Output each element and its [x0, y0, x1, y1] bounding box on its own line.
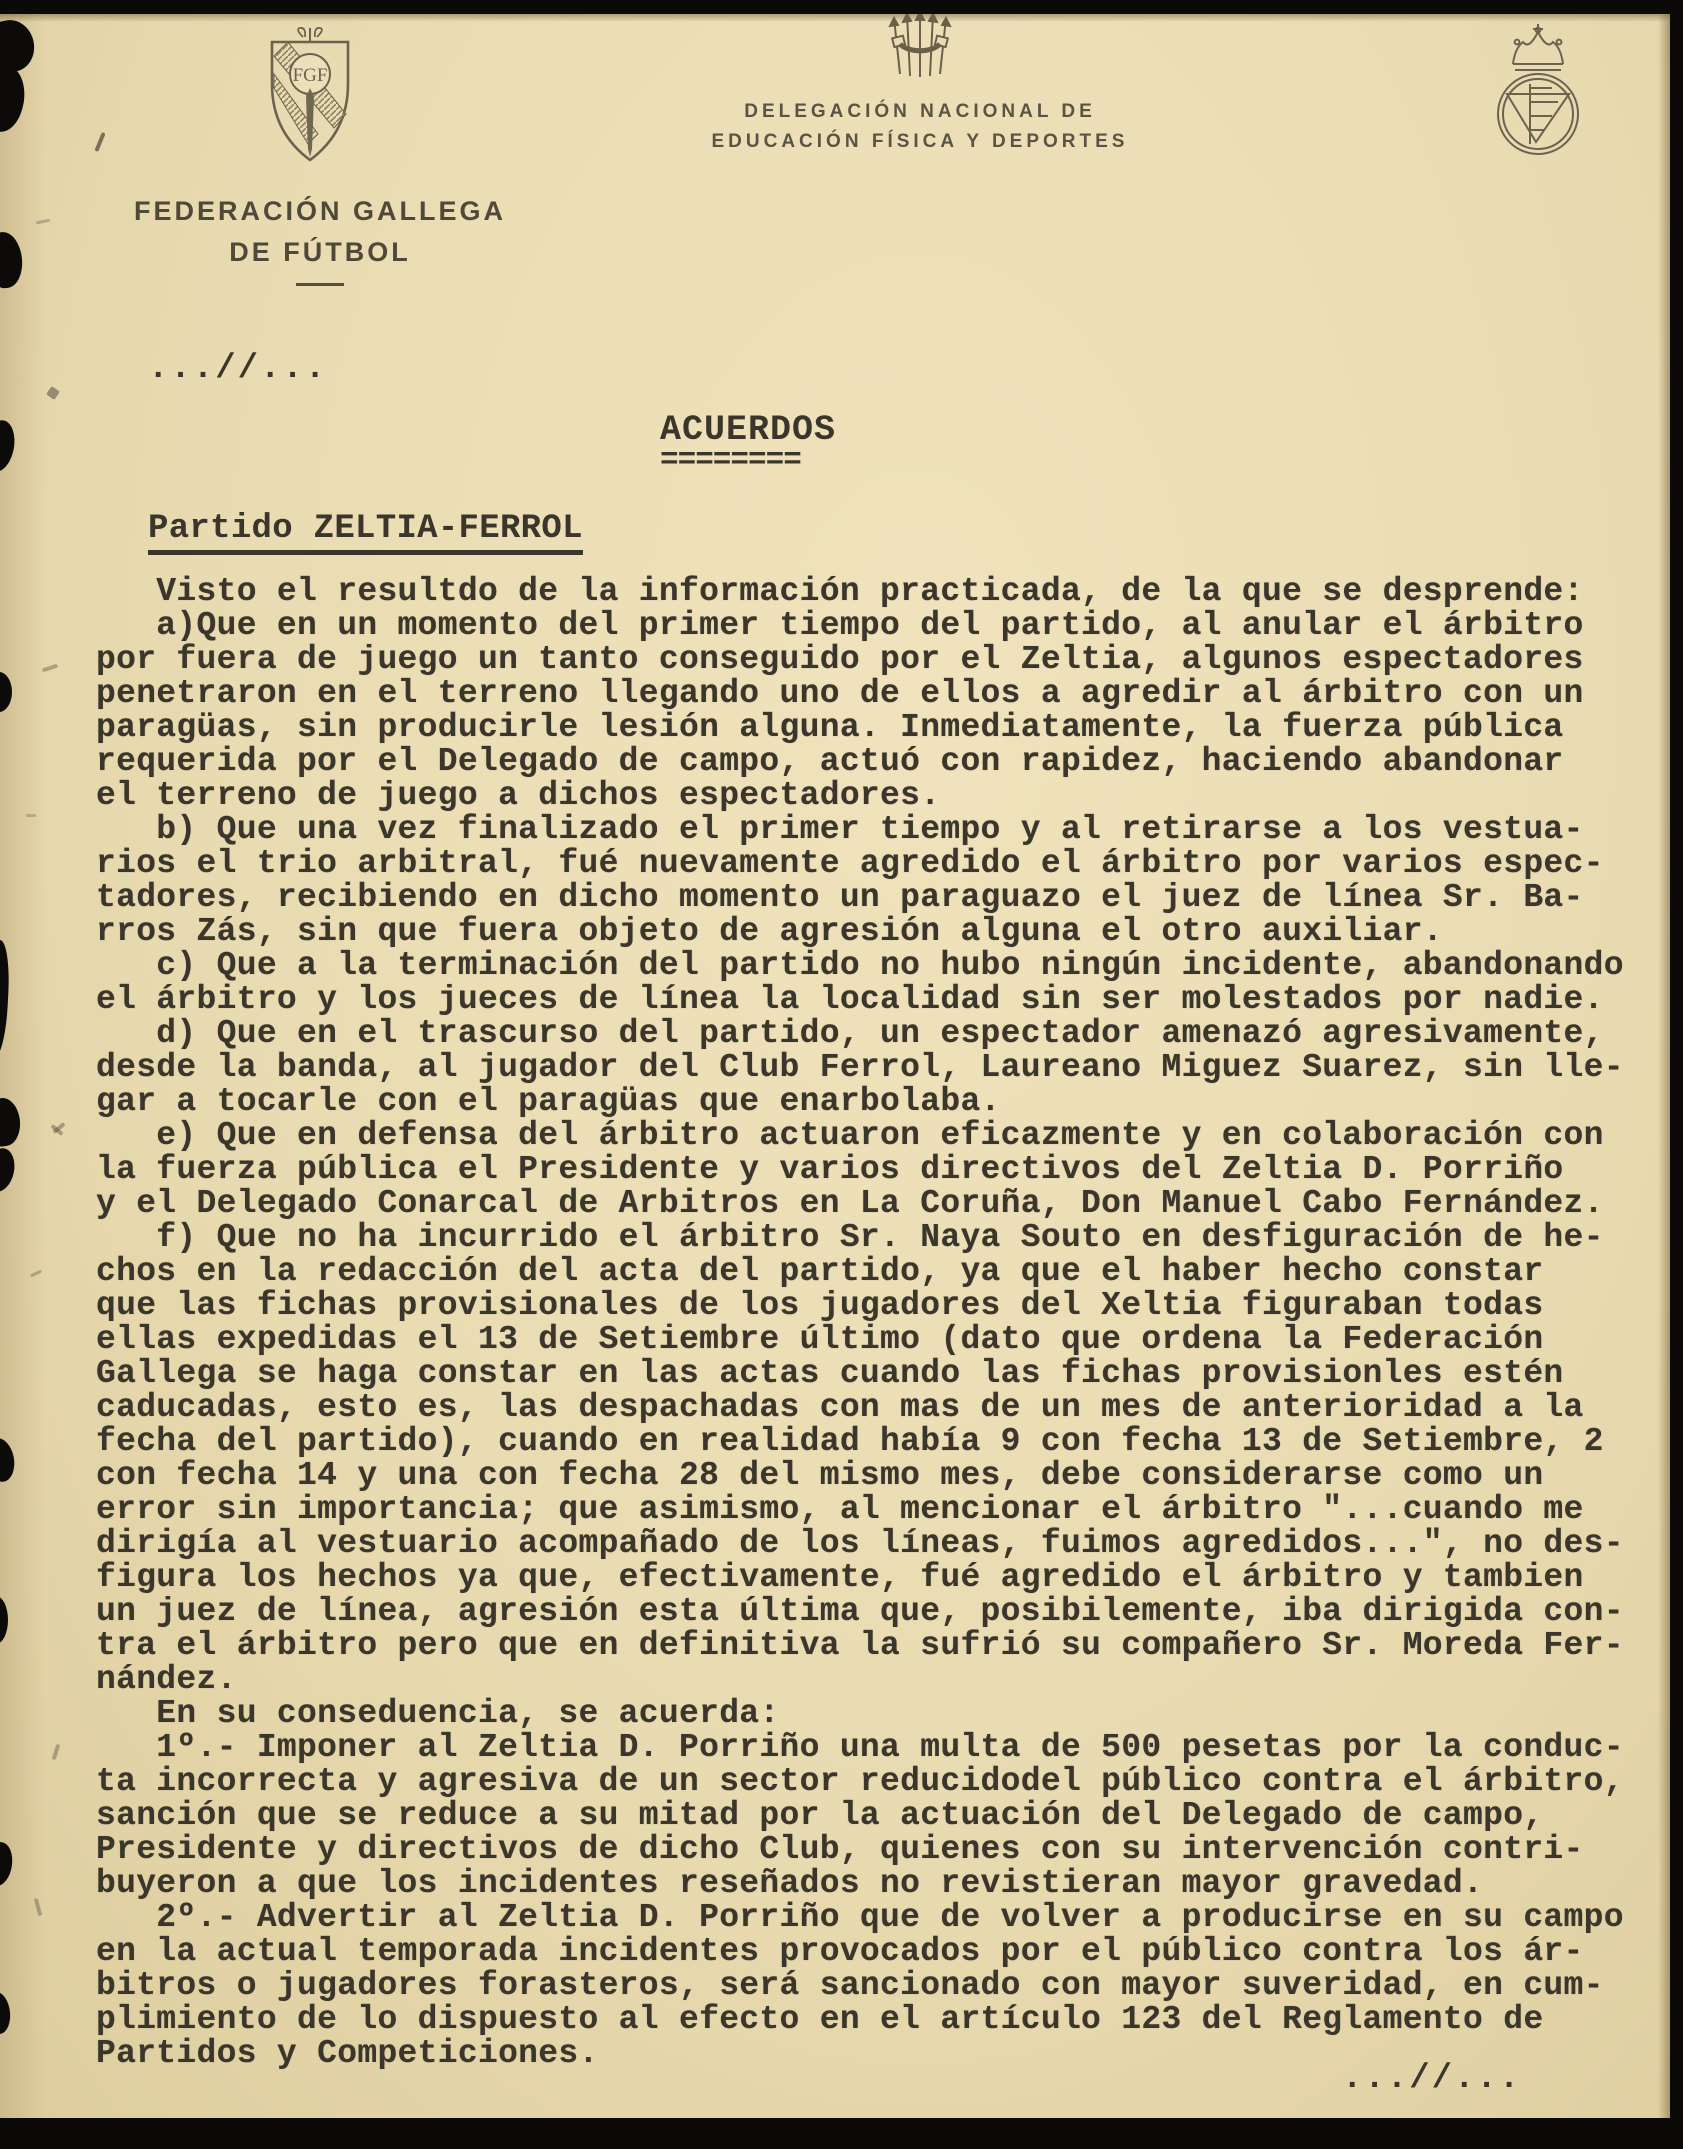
continuation-mark-bottom: ...//...	[1342, 2060, 1521, 2098]
pencil-mark	[46, 386, 60, 400]
pencil-mark	[34, 1898, 43, 1916]
match-section-heading: Partido ZELTIA-FERROL	[148, 510, 583, 555]
acuerdos-title-block: ACUERDOS ========	[660, 412, 836, 474]
delegation-title-line1: DELEGACIÓN NACIONAL DE	[700, 101, 1140, 123]
resolution-body-text: Visto el resultdo de la información prac…	[96, 575, 1662, 2071]
fgf-shield-logo: FGF	[258, 26, 362, 173]
pencil-mark	[94, 132, 105, 152]
federation-name-block: FEDERACIÓN GALLEGA DE FÚTBOL	[105, 196, 535, 286]
name-underline	[296, 283, 344, 286]
crowned-federation-crest	[1483, 22, 1593, 173]
title-underline: ========	[660, 448, 836, 474]
pencil-mark	[26, 814, 36, 817]
yoke-and-arrows-icon	[888, 14, 952, 80]
delegation-title-line2: EDUCACIÓN FÍSICA Y DEPORTES	[700, 131, 1140, 153]
federation-name-line2: DE FÚTBOL	[105, 237, 535, 268]
crowned-crest-icon	[1483, 22, 1593, 168]
delegation-title: DELEGACIÓN NACIONAL DE EDUCACIÓN FÍSICA …	[700, 101, 1140, 153]
pencil-mark	[36, 219, 50, 225]
federation-name-line1: FEDERACIÓN GALLEGA	[105, 196, 535, 227]
continuation-mark-top: ...//...	[148, 350, 327, 388]
svg-text:FGF: FGF	[293, 65, 328, 86]
document-page: FGF FEDERACIÓN GALLEGA DE FÚTBOL	[0, 14, 1670, 2118]
pencil-mark	[30, 1270, 42, 1278]
pencil-mark	[42, 664, 58, 673]
national-delegation-header: DELEGACIÓN NACIONAL DE EDUCACIÓN FÍSICA …	[700, 14, 1140, 153]
pencil-mark	[52, 1744, 61, 1760]
scanned-document: FGF FEDERACIÓN GALLEGA DE FÚTBOL	[0, 0, 1683, 2149]
fgf-shield-icon: FGF	[258, 26, 362, 168]
